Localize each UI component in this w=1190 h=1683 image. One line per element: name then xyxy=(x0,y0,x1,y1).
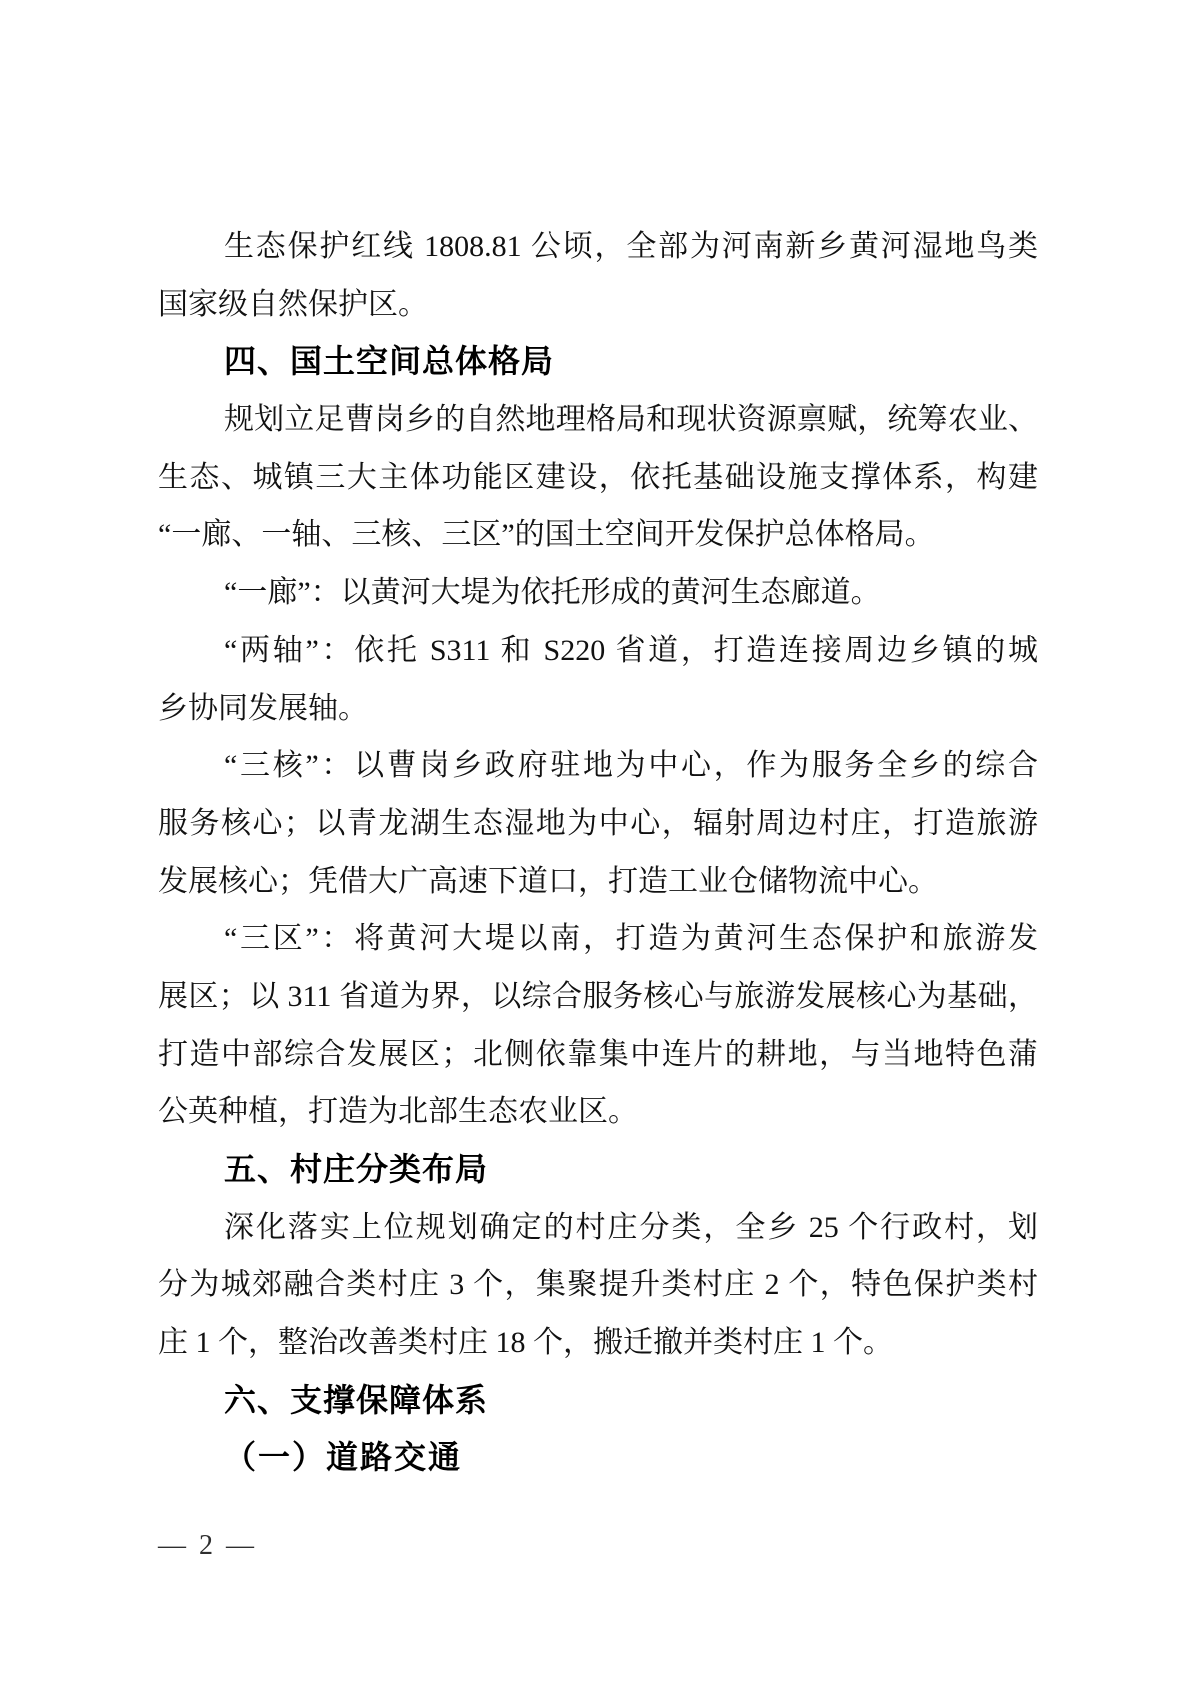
heading-section-4: 四、国土空间总体格局 xyxy=(158,333,1038,391)
paragraph-line: “三核”：以曹岗乡政府驻地为中心，作为服务全乡的综合 xyxy=(158,737,1038,795)
paragraph-line: “一廊、一轴、三核、三区”的国土空间开发保护总体格局。 xyxy=(158,506,1038,564)
paragraph-line: 深化落实上位规划确定的村庄分类，全乡 25 个行政村，划 xyxy=(158,1199,1038,1257)
paragraph-line: 公英种植，打造为北部生态农业区。 xyxy=(158,1083,1038,1141)
paragraph-line: “两轴”：依托 S311 和 S220 省道，打造连接周边乡镇的城 xyxy=(158,622,1038,680)
paragraph-line: 庄 1 个，整治改善类村庄 18 个，搬迁撤并类村庄 1 个。 xyxy=(158,1314,1038,1372)
paragraph-line: 服务核心；以青龙湖生态湿地为中心，辐射周边村庄，打造旅游 xyxy=(158,795,1038,853)
paragraph-line: 展区；以 311 省道为界，以综合服务核心与旅游发展核心为基础， xyxy=(158,968,1038,1026)
paragraph-line: 生态、城镇三大主体功能区建设，依托基础设施支撑体系，构建 xyxy=(158,449,1038,507)
paragraph-line: 发展核心；凭借大广高速下道口，打造工业仓储物流中心。 xyxy=(158,853,1038,911)
document-page: 生态保护红线 1808.81 公顷，全部为河南新乡黄河湿地鸟类 国家级自然保护区… xyxy=(0,0,1190,1683)
paragraph-line: 国家级自然保护区。 xyxy=(158,276,1038,334)
heading-subsection-road-traffic: （一）道路交通 xyxy=(158,1429,1038,1487)
paragraph-line: 规划立足曹岗乡的自然地理格局和现状资源禀赋，统筹农业、 xyxy=(158,391,1038,449)
paragraph-line: 打造中部综合发展区；北侧依靠集中连片的耕地，与当地特色蒲 xyxy=(158,1026,1038,1084)
document-body: 生态保护红线 1808.81 公顷，全部为河南新乡黄河湿地鸟类 国家级自然保护区… xyxy=(158,218,1038,1487)
paragraph-line: “一廊”：以黄河大堤为依托形成的黄河生态廊道。 xyxy=(158,564,1038,622)
paragraph-line: 乡协同发展轴。 xyxy=(158,680,1038,738)
paragraph-line: “三区”：将黄河大堤以南，打造为黄河生态保护和旅游发 xyxy=(158,910,1038,968)
paragraph-line: 生态保护红线 1808.81 公顷，全部为河南新乡黄河湿地鸟类 xyxy=(158,218,1038,276)
heading-section-5: 五、村庄分类布局 xyxy=(158,1141,1038,1199)
heading-section-6: 六、支撑保障体系 xyxy=(158,1372,1038,1430)
page-number: — 2 — xyxy=(158,1530,257,1562)
paragraph-line: 分为城郊融合类村庄 3 个，集聚提升类村庄 2 个，特色保护类村 xyxy=(158,1256,1038,1314)
